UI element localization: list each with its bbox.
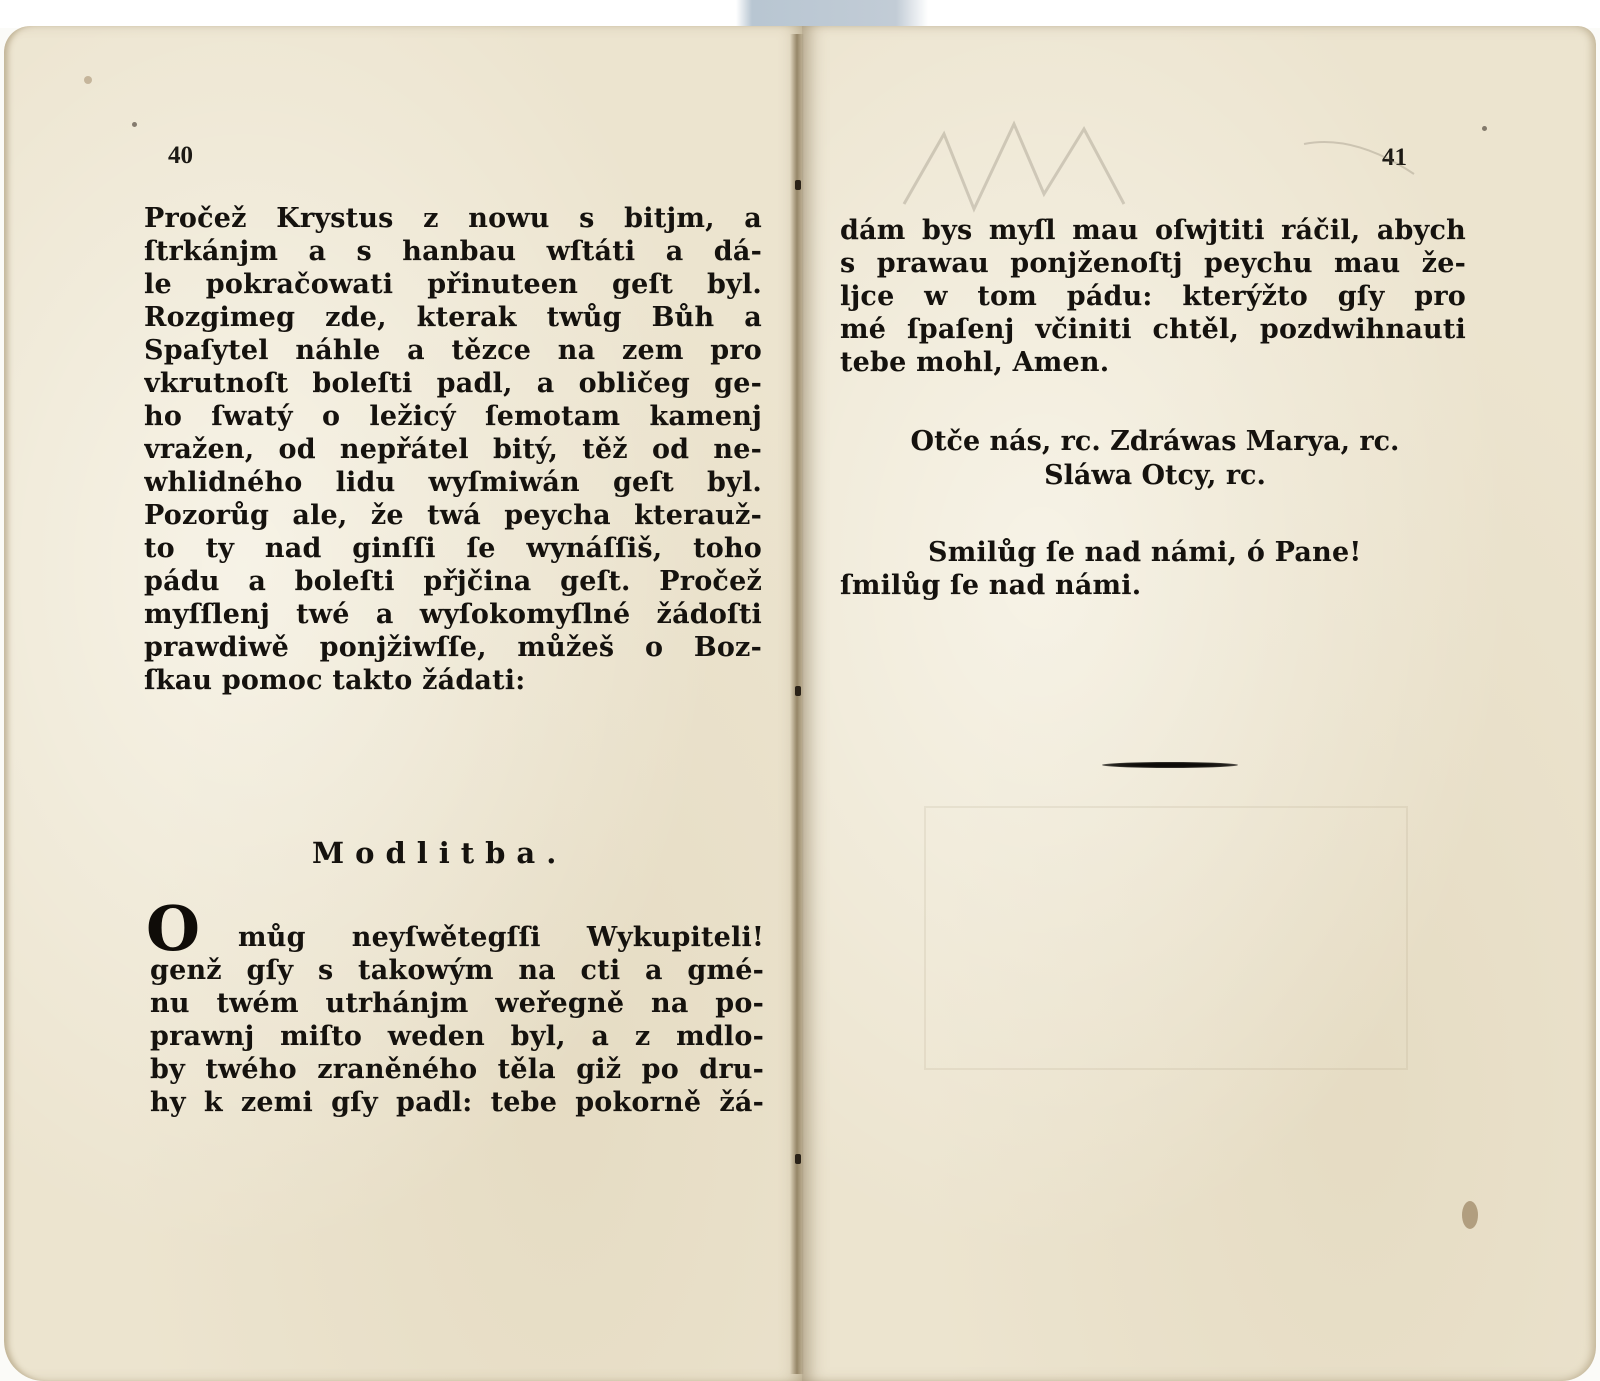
text-line: vkrutnoſt boleſti padl, a obličeg ge- — [144, 367, 762, 400]
text-line: myſſlenj twé a wyſokomyſlné žádoſti — [144, 598, 762, 631]
left-paragraph: Pročež Krystus z nowu s bitjm, a ſtrkánj… — [144, 202, 762, 697]
text-line: Spaſytel náhle a tězce na zem pro — [144, 334, 762, 367]
text-line: nu twém utrhánjm weřegně na po- — [150, 987, 764, 1020]
text-line: whlidného lidu wyſmiwán geſt byl. — [144, 466, 762, 499]
prayers-reference-line-1: Otče nás, rc. Zdráwas Marya, rc. — [842, 426, 1468, 457]
book-gutter — [790, 34, 804, 1374]
book-spread: 40 Pročež Krystus z nowu s bitjm, a ſtrk… — [4, 26, 1596, 1381]
paper-stain — [132, 122, 137, 127]
text-line: hy k zemi gſy padl: tebe pokorně žá- — [150, 1086, 764, 1119]
text-line: ljce w tom pádu: kterýžto gſy pro — [840, 280, 1466, 313]
binding-stitch — [795, 1154, 801, 1164]
page-number-left: 40 — [168, 142, 193, 170]
text-line: prawnj miſto weden byl, a z mdlo- — [150, 1020, 764, 1053]
text-line: ſmilůg ſe nad námi. — [840, 569, 1466, 602]
text-line: genž gſy s takowým na cti a gmé- — [150, 954, 764, 987]
prayer-heading: Modlitba. — [312, 836, 567, 870]
invocation: Smilůg ſe nad námi, ó Pane! ſmilůg ſe na… — [840, 536, 1466, 602]
text-line: prawdiwě ponjžiwſſe, můžeš o Boz- — [144, 631, 762, 664]
text-line: ſkau pomoc takto žádati: — [144, 664, 762, 697]
paper-stain — [1482, 126, 1487, 131]
text-line: tebe mohl, Amen. — [840, 346, 1466, 379]
text-line: Smilůg ſe nad námi, ó Pane! — [840, 536, 1466, 569]
text-line: Pročež Krystus z nowu s bitjm, a — [144, 202, 762, 235]
binding-stitch — [795, 686, 801, 696]
paper-stain — [84, 76, 92, 84]
end-ornament-rule — [1102, 762, 1238, 768]
prayers-reference-line-2: Sláwa Otcy, rc. — [842, 460, 1468, 491]
text-line: Rozgimeg zde, kterak twůg Bůh a — [144, 301, 762, 334]
text-line: by twého zraněného těla giž po dru- — [150, 1053, 764, 1086]
text-line: ſtrkánjm a s hanbau wſtáti a dá- — [144, 235, 762, 268]
text-line: pádu a boleſti přjčina geſt. Pročež — [144, 565, 762, 598]
scan-background — [0, 0, 1600, 28]
binding-stitch — [795, 180, 801, 190]
text-line: vražen, od nepřátel bitý, těž od ne- — [144, 433, 762, 466]
text-line: můg neyſwětegſſi Wykupiteli! — [150, 921, 764, 954]
text-line: s prawau ponjženoſtj peychu mau že- — [840, 247, 1466, 280]
text-line: ho ſwatý o ležicý ſemotam kamenj — [144, 400, 762, 433]
text-line: Pozorůg ale, že twá peycha kterauž- — [144, 499, 762, 532]
right-paragraph: dám bys myſl mau oſwjtiti ráčil, abych s… — [840, 214, 1466, 379]
show-through-frame — [924, 806, 1408, 1070]
paper-stain — [1462, 1201, 1478, 1229]
text-line: le pokračowati přinuteen geſt byl. — [144, 268, 762, 301]
text-line: mé ſpaſenj včiniti chtěl, pozdwihnauti — [840, 313, 1466, 346]
prayer-paragraph: můg neyſwětegſſi Wykupiteli! genž gſy s … — [150, 921, 764, 1119]
right-page: 41 dám bys myſl mau oſwjtiti ráčil, abyc… — [802, 26, 1596, 1381]
text-line: to ty nad ginſſi ſe wynáſſiš, toho — [144, 532, 762, 565]
left-page: 40 Pročež Krystus z nowu s bitjm, a ſtrk… — [4, 26, 804, 1381]
pencil-marks — [884, 114, 1444, 224]
